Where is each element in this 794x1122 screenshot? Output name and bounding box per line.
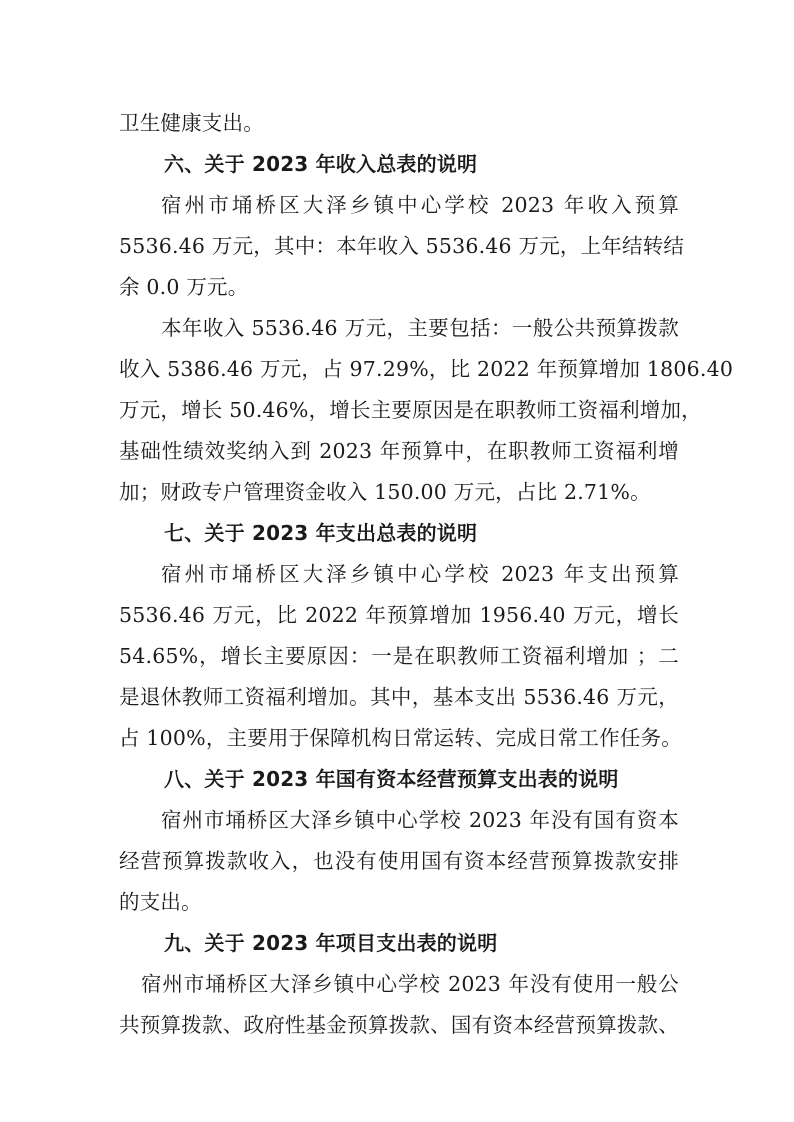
paragraph-expenditure: 宿州市埇桥区大泽乡镇中心学校 2023 年支出预算 5536.46 万元，比 2…	[119, 554, 679, 759]
paragraph-line: 是退休教师工资福利增加。其中，基本支出 5536.46 万元，	[119, 677, 679, 718]
section-heading-project-expenditure: 九、关于 2023 年项目支出表的说明	[119, 923, 679, 964]
paragraph-line: 的支出。	[119, 882, 679, 923]
paragraph-line: 基础性绩效奖纳入到 2023 年预算中，在职教师工资福利增	[119, 431, 679, 472]
paragraph-line: 5536.46 万元，其中：本年收入 5536.46 万元，上年结转结	[119, 226, 679, 267]
document-page: 卫生健康支出。 六、关于 2023 年收入总表的说明 宿州市埇桥区大泽乡镇中心学…	[119, 103, 679, 1046]
paragraph-line: 占 100%，主要用于保障机构日常运转、完成日常工作任务。	[119, 718, 679, 759]
section-heading-state-capital: 八、关于 2023 年国有资本经营预算支出表的说明	[119, 759, 679, 800]
paragraph-line: 余 0.0 万元。	[119, 267, 679, 308]
paragraph-line: 54.65%，增长主要原因：一是在职教师工资福利增加 ；二	[119, 636, 679, 677]
paragraph-income-total: 宿州市埇桥区大泽乡镇中心学校 2023 年收入预算 5536.46 万元，其中：…	[119, 185, 679, 308]
paragraph-line: 宿州市埇桥区大泽乡镇中心学校 2023 年没有国有资本	[119, 800, 679, 841]
paragraph-line: 5536.46 万元，比 2022 年预算增加 1956.40 万元，增长	[119, 595, 679, 636]
section-heading-income-summary: 六、关于 2023 年收入总表的说明	[119, 144, 679, 185]
paragraph-line: 经营预算拨款收入，也没有使用国有资本经营预算拨款安排	[119, 841, 679, 882]
paragraph-income-breakdown: 本年收入 5536.46 万元，主要包括：一般公共预算拨款 收入 5386.46…	[119, 308, 679, 513]
paragraph-line: 共预算拨款、政府性基金预算拨款、国有资本经营预算拨款、	[119, 1005, 679, 1046]
paragraph-project-expenditure: 宿州市埇桥区大泽乡镇中心学校 2023 年没有使用一般公 共预算拨款、政府性基金…	[119, 964, 679, 1046]
paragraph-state-capital: 宿州市埇桥区大泽乡镇中心学校 2023 年没有国有资本 经营预算拨款收入，也没有…	[119, 800, 679, 923]
section-heading-expenditure-summary: 七、关于 2023 年支出总表的说明	[119, 513, 679, 554]
paragraph-line: 宿州市埇桥区大泽乡镇中心学校 2023 年没有使用一般公	[119, 964, 679, 1005]
paragraph-line: 万元，增长 50.46%，增长主要原因是在职教师工资福利增加，	[119, 390, 679, 431]
paragraph-line: 加；财政专户管理资金收入 150.00 万元，占比 2.71%。	[119, 472, 679, 513]
continued-text-line: 卫生健康支出。	[119, 103, 679, 144]
paragraph-line: 宿州市埇桥区大泽乡镇中心学校 2023 年收入预算	[119, 185, 679, 226]
paragraph-line: 宿州市埇桥区大泽乡镇中心学校 2023 年支出预算	[119, 554, 679, 595]
paragraph-line: 本年收入 5536.46 万元，主要包括：一般公共预算拨款	[119, 308, 679, 349]
paragraph-line: 收入 5386.46 万元，占 97.29%，比 2022 年预算增加 1806…	[119, 349, 679, 390]
